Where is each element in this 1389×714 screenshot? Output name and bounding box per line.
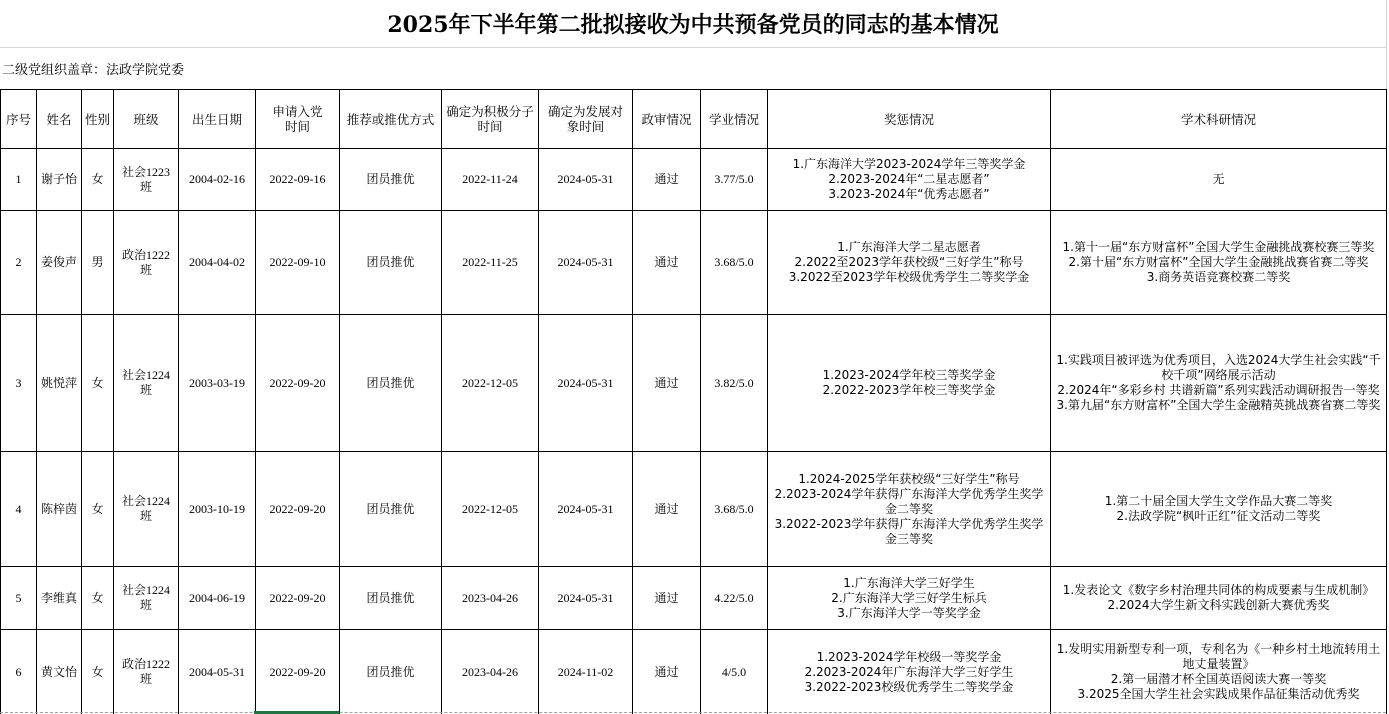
- cell-birth[interactable]: 2004-05-31: [179, 630, 256, 714]
- class-line: 班: [116, 263, 176, 278]
- header-line: 确定为发展对: [541, 104, 630, 119]
- cell-candidate-time[interactable]: 2024-05-31: [539, 211, 633, 315]
- candidates-table: 序号 姓名 性别 班级 出生日期 申请入党 时间 推荐或推优方式 确定为积极分子…: [0, 89, 1387, 714]
- research-item: 1.实践项目被评选为优秀项目，入选2024大学生社会实践“千校千项”网络展示活动: [1053, 353, 1384, 383]
- award-item: 3.广东海洋大学一等奖学金: [770, 606, 1048, 621]
- cell-candidate-time[interactable]: 2024-05-31: [539, 452, 633, 567]
- cell-candidate-time[interactable]: 2024-05-31: [539, 315, 633, 452]
- research-item: 3.2025全国大学生社会实践成果作品征集活动优秀奖: [1053, 687, 1384, 702]
- cell-candidate-time[interactable]: 2024-11-02: [539, 630, 633, 714]
- cell-birth[interactable]: 2004-06-19: [179, 567, 256, 630]
- cell-name[interactable]: 陈梓茵: [37, 452, 82, 567]
- cell-method[interactable]: 团员推优: [340, 315, 442, 452]
- cell-name[interactable]: 谢子怡: [37, 149, 82, 211]
- cell-candidate-time[interactable]: 2024-05-31: [539, 149, 633, 211]
- cell-gender[interactable]: 女: [82, 567, 114, 630]
- cell-method[interactable]: 团员推优: [340, 452, 442, 567]
- award-item: 1.广东海洋大学2023-2024学年三等奖学金: [770, 157, 1048, 172]
- table-row: 6 黄文怡 女 政治1222 班 2004-05-31 2022-09-20 团…: [1, 630, 1387, 714]
- cell-gender[interactable]: 男: [82, 211, 114, 315]
- title-row: 2025年下半年第二批拟接收为中共预备党员的同志的基本情况: [0, 0, 1386, 48]
- cell-class[interactable]: 政治1222 班: [114, 630, 179, 714]
- cell-gender[interactable]: 女: [82, 452, 114, 567]
- award-item: 1.2024-2025学年获校级“三好学生”称号: [770, 472, 1048, 487]
- cell-index[interactable]: 3: [1, 315, 37, 452]
- header-review[interactable]: 政审情况: [633, 90, 701, 149]
- award-item: 3.2022-2023校级优秀学生二等奖学金: [770, 680, 1048, 695]
- cell-name[interactable]: 李维真: [37, 567, 82, 630]
- class-line: 班: [116, 383, 176, 398]
- cell-apply-time[interactable]: 2022-09-20: [256, 315, 340, 452]
- header-birth[interactable]: 出生日期: [179, 90, 256, 149]
- cell-research[interactable]: 1.发明实用新型专利一项，专利名为《一种乡村土地流转用土地丈量装置》 2.第一届…: [1051, 630, 1387, 714]
- cell-gender[interactable]: 女: [82, 149, 114, 211]
- cell-gpa[interactable]: 4/5.0: [701, 630, 768, 714]
- research-item: 无: [1053, 172, 1384, 187]
- cell-birth[interactable]: 2003-03-19: [179, 315, 256, 452]
- cell-name[interactable]: 黄文怡: [37, 630, 82, 714]
- cell-awards[interactable]: 1.2024-2025学年获校级“三好学生”称号 2.2023-2024学年获得…: [768, 452, 1051, 567]
- cell-apply-time[interactable]: 2022-09-20: [256, 452, 340, 567]
- org-stamp-label: 二级党组织盖章：法政学院党委: [2, 59, 184, 78]
- cell-name[interactable]: 姚悦萍: [37, 315, 82, 452]
- cell-gender[interactable]: 女: [82, 630, 114, 714]
- cell-awards[interactable]: 1.2023-2024学年校三等奖学金 2.2022-2023学年校三等奖学金: [768, 315, 1051, 452]
- cell-class[interactable]: 社会1224 班: [114, 452, 179, 567]
- award-item: 3.2022-2023学年获得广东海洋大学优秀学生奖学金三等奖: [770, 517, 1048, 547]
- header-line: 时间: [444, 119, 536, 134]
- class-line: 社会1224: [116, 368, 176, 383]
- cell-review[interactable]: 通过: [633, 315, 701, 452]
- header-line: 确定为积极分子: [444, 104, 536, 119]
- cell-apply-time[interactable]: 2022-09-20: [256, 567, 340, 630]
- class-line: 班: [116, 672, 176, 687]
- cell-gpa[interactable]: 4.22/5.0: [701, 567, 768, 630]
- cell-apply-time[interactable]: 2022-09-10: [256, 211, 340, 315]
- table-row: 3 姚悦萍 女 社会1224 班 2003-03-19 2022-09-20 团…: [1, 315, 1387, 452]
- cell-class[interactable]: 社会1224 班: [114, 315, 179, 452]
- class-line: 班: [116, 598, 176, 613]
- cell-class[interactable]: 社会1223 班: [114, 149, 179, 211]
- cell-index[interactable]: 2: [1, 211, 37, 315]
- cell-research[interactable]: 1.实践项目被评选为优秀项目，入选2024大学生社会实践“千校千项”网络展示活动…: [1051, 315, 1387, 452]
- cell-research[interactable]: 1.发表论文《数字乡村治理共同体的构成要素与生成机制》 2.2024大学生新文科…: [1051, 567, 1387, 630]
- award-item: 2.2022至2023学年获校级“三好学生”称号: [770, 255, 1048, 270]
- cell-research[interactable]: 无: [1051, 149, 1387, 211]
- table-row: 1 谢子怡 女 社会1223 班 2004-02-16 2022-09-16 团…: [1, 149, 1387, 211]
- header-index[interactable]: 序号: [1, 90, 37, 149]
- award-item: 1.广东海洋大学二星志愿者: [770, 240, 1048, 255]
- cell-awards[interactable]: 1.2023-2024学年校级一等奖学金 2.2023-2024年广东海洋大学三…: [768, 630, 1051, 714]
- cell-birth[interactable]: 2004-04-02: [179, 211, 256, 315]
- cell-apply-time[interactable]: 2022-09-16: [256, 149, 340, 211]
- cell-method[interactable]: 团员推优: [340, 630, 442, 714]
- header-line: 申请入党: [258, 104, 337, 119]
- cell-gender[interactable]: 女: [82, 315, 114, 452]
- award-item: 1.2023-2024学年校三等奖学金: [770, 368, 1048, 383]
- cell-index[interactable]: 5: [1, 567, 37, 630]
- table-row: 5 李维真 女 社会1224 班 2004-06-19 2022-09-20 团…: [1, 567, 1387, 630]
- award-item: 2.2022-2023学年校三等奖学金: [770, 383, 1048, 398]
- header-line: 象时间: [541, 119, 630, 134]
- header-gender[interactable]: 性别: [82, 90, 114, 149]
- cell-name[interactable]: 姜俊声: [37, 211, 82, 315]
- research-item: 1.发明实用新型专利一项，专利名为《一种乡村土地流转用土地丈量装置》: [1053, 642, 1384, 672]
- cell-awards[interactable]: 1.广东海洋大学三好学生 2.广东海洋大学三好学生标兵 3.广东海洋大学一等奖学…: [768, 567, 1051, 630]
- class-line: 社会1223: [116, 165, 176, 180]
- award-item: 2.2023-2024年“二星志愿者”: [770, 172, 1048, 187]
- cell-activist-time[interactable]: 2022-11-25: [442, 211, 539, 315]
- org-stamp-row: 二级党组织盖章：法政学院党委: [0, 48, 1388, 89]
- research-item: 1.第十一届“东方财富杯”全国大学生金融挑战赛校赛三等奖: [1053, 240, 1384, 255]
- cell-birth[interactable]: 2003-10-19: [179, 452, 256, 567]
- research-item: 3.商务英语竞赛校赛二等奖: [1053, 270, 1384, 285]
- cell-class[interactable]: 社会1224 班: [114, 567, 179, 630]
- header-research[interactable]: 学术科研情况: [1051, 90, 1387, 149]
- cell-birth[interactable]: 2004-02-16: [179, 149, 256, 211]
- cell-awards[interactable]: 1.广东海洋大学二星志愿者 2.2022至2023学年获校级“三好学生”称号 3…: [768, 211, 1051, 315]
- header-name[interactable]: 姓名: [37, 90, 82, 149]
- cell-research[interactable]: 1.第十一届“东方财富杯”全国大学生金融挑战赛校赛三等奖 2.第十届“东方财富杯…: [1051, 211, 1387, 315]
- class-line: 政治1222: [116, 657, 176, 672]
- cell-gpa[interactable]: 3.68/5.0: [701, 452, 768, 567]
- cell-review[interactable]: 通过: [633, 211, 701, 315]
- cell-candidate-time[interactable]: 2024-05-31: [539, 567, 633, 630]
- research-item: 2.2024年“多彩乡村 共谱新篇”系列实践活动调研报告一等奖: [1053, 383, 1384, 398]
- research-item: 2.第一届潜才杯全国英语阅读大赛一等奖: [1053, 672, 1384, 687]
- cell-gpa[interactable]: 3.68/5.0: [701, 211, 768, 315]
- cell-gpa[interactable]: 3.77/5.0: [701, 149, 768, 211]
- header-row: 序号 姓名 性别 班级 出生日期 申请入党 时间 推荐或推优方式 确定为积极分子…: [1, 90, 1387, 149]
- research-item: 2.法政学院“枫叶正红”征文活动二等奖: [1053, 509, 1384, 524]
- class-line: 社会1224: [116, 583, 176, 598]
- cell-activist-time[interactable]: 2022-11-24: [442, 149, 539, 211]
- award-item: 2.2023-2024学年获得广东海洋大学优秀学生奖学金二等奖: [770, 487, 1048, 517]
- table-row: 2 姜俊声 男 政治1222 班 2004-04-02 2022-09-10 团…: [1, 211, 1387, 315]
- cell-index[interactable]: 6: [1, 630, 37, 714]
- award-item: 1.广东海洋大学三好学生: [770, 576, 1048, 591]
- cell-review[interactable]: 通过: [633, 567, 701, 630]
- header-class[interactable]: 班级: [114, 90, 179, 149]
- award-item: 2.2023-2024年广东海洋大学三好学生: [770, 665, 1048, 680]
- header-gpa[interactable]: 学业情况: [701, 90, 768, 149]
- research-item: 1.发表论文《数字乡村治理共同体的构成要素与生成机制》: [1053, 583, 1384, 598]
- cell-review[interactable]: 通过: [633, 630, 701, 714]
- research-item: 2.2024大学生新文科实践创新大赛优秀奖: [1053, 598, 1384, 613]
- cell-class[interactable]: 政治1222 班: [114, 211, 179, 315]
- cell-research[interactable]: 1.第二十届全国大学生文学作品大赛二等奖 2.法政学院“枫叶正红”征文活动二等奖: [1051, 452, 1387, 567]
- cell-index[interactable]: 1: [1, 149, 37, 211]
- header-candidate-time[interactable]: 确定为发展对 象时间: [539, 90, 633, 149]
- cell-apply-time[interactable]: 2022-09-20: [256, 630, 340, 714]
- cell-activist-time[interactable]: 2022-12-05: [442, 315, 539, 452]
- research-item: 2.第十届“东方财富杯”全国大学生金融挑战赛省赛二等奖: [1053, 255, 1384, 270]
- class-line: 政治1222: [116, 248, 176, 263]
- table-row: 4 陈梓茵 女 社会1224 班 2003-10-19 2022-09-20 团…: [1, 452, 1387, 567]
- research-item: 3.第九届“东方财富杯”全国大学生金融精英挑战赛省赛二等奖: [1053, 398, 1384, 413]
- class-line: 班: [116, 509, 176, 524]
- header-line: 时间: [258, 119, 337, 134]
- award-item: 2.广东海洋大学三好学生标兵: [770, 591, 1048, 606]
- cell-review[interactable]: 通过: [633, 452, 701, 567]
- header-activist-time[interactable]: 确定为积极分子 时间: [442, 90, 539, 149]
- cell-method[interactable]: 团员推优: [340, 149, 442, 211]
- cell-activist-time[interactable]: 2023-04-26: [442, 567, 539, 630]
- class-line: 社会1224: [116, 494, 176, 509]
- award-item: 3.2022至2023学年校级优秀学生二等奖学金: [770, 270, 1048, 285]
- cell-activist-time[interactable]: 2022-12-05: [442, 452, 539, 567]
- cell-awards[interactable]: 1.广东海洋大学2023-2024学年三等奖学金 2.2023-2024年“二星…: [768, 149, 1051, 211]
- cell-index[interactable]: 4: [1, 452, 37, 567]
- award-item: 3.2023-2024年“优秀志愿者”: [770, 187, 1048, 202]
- award-item: 1.2023-2024学年校级一等奖学金: [770, 650, 1048, 665]
- cell-gpa[interactable]: 3.82/5.0: [701, 315, 768, 452]
- header-apply-time[interactable]: 申请入党 时间: [256, 90, 340, 149]
- cell-method[interactable]: 团员推优: [340, 567, 442, 630]
- header-awards[interactable]: 奖惩情况: [768, 90, 1051, 149]
- page-break-line: [0, 712, 1386, 713]
- cell-review[interactable]: 通过: [633, 149, 701, 211]
- research-item: 1.第二十届全国大学生文学作品大赛二等奖: [1053, 494, 1384, 509]
- document-title: 2025年下半年第二批拟接收为中共预备党员的同志的基本情况: [387, 8, 998, 39]
- class-line: 班: [116, 180, 176, 195]
- cell-activist-time[interactable]: 2023-04-26: [442, 630, 539, 714]
- header-method[interactable]: 推荐或推优方式: [340, 90, 442, 149]
- cell-method[interactable]: 团员推优: [340, 211, 442, 315]
